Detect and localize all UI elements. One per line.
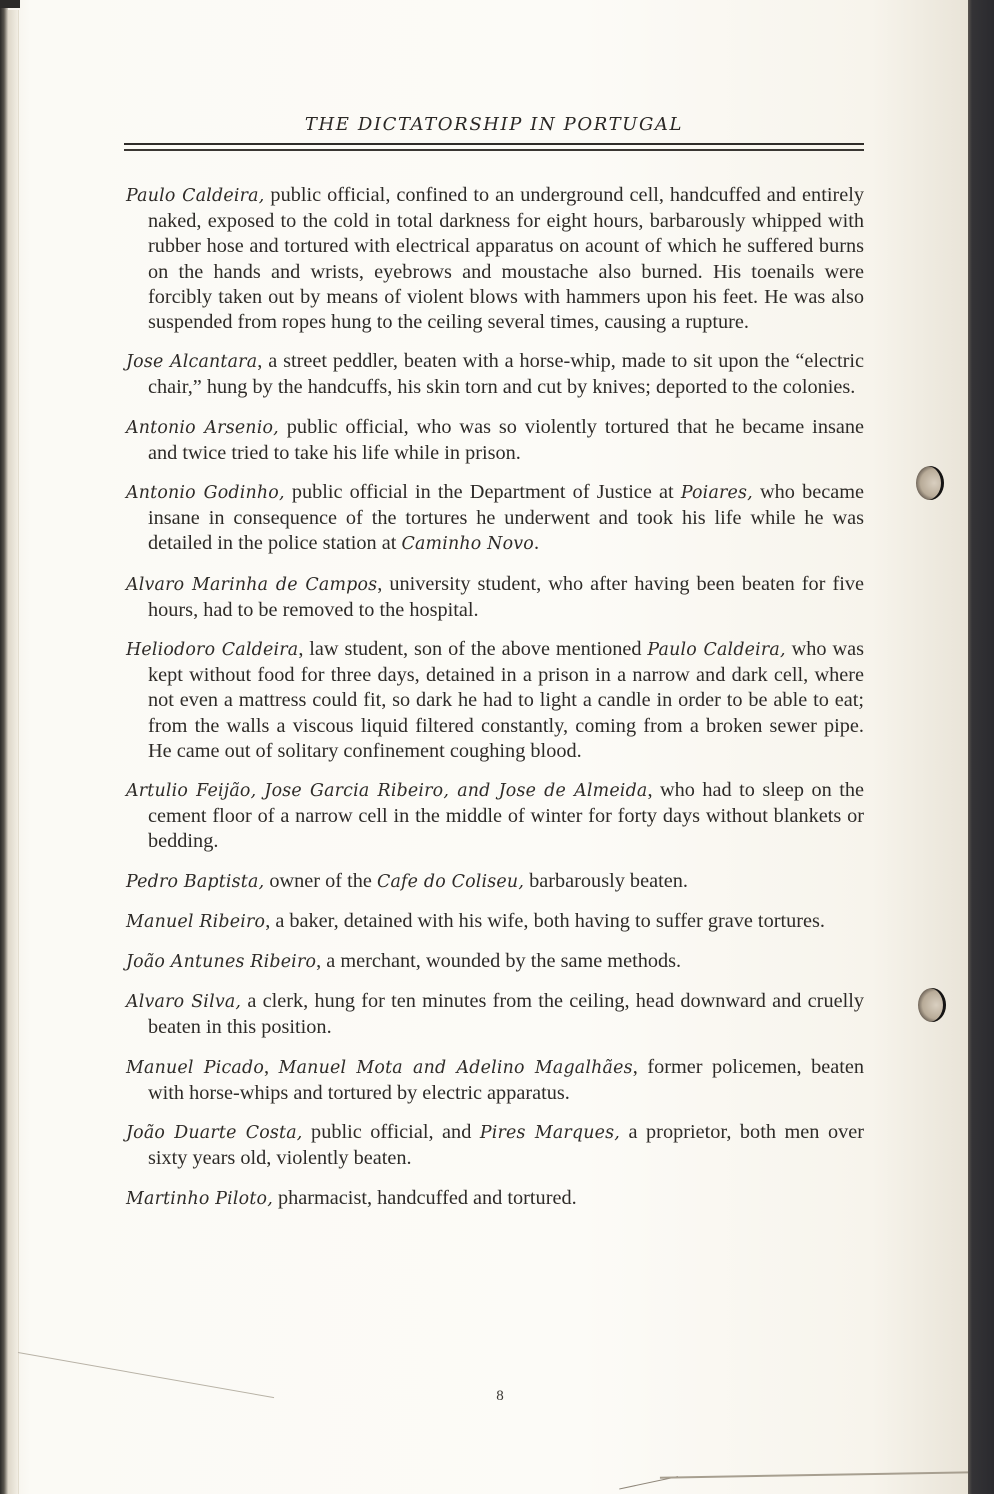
entry-name-italic: Poiares,	[681, 483, 753, 503]
entry-name-italic: Manuel Ribeiro	[126, 912, 265, 932]
entry-name-italic: Manuel Mota and Adelino Magalhães	[279, 1058, 633, 1078]
entry-text: public official, confined to an undergro…	[148, 184, 864, 333]
entry-name-italic: Alvaro Marinha de Campos	[126, 575, 377, 595]
entry-text: , law student, son of the above mentione…	[298, 638, 647, 660]
scan-background	[968, 0, 994, 1494]
entry-name-italic: Jose Alcantara	[126, 352, 257, 372]
entry-name-italic: Cafe do Coliseu,	[377, 872, 524, 892]
entry-text: a clerk, hung for ten minutes from the c…	[148, 990, 864, 1038]
paper-curl	[660, 1471, 968, 1488]
punch-hole	[916, 466, 944, 500]
entry-paragraph: Manuel Ribeiro, a baker, detained with h…	[126, 909, 864, 935]
entry-text: public official in the Department of Jus…	[285, 481, 681, 503]
entry-paragraph: Antonio Arsenio, public official, who wa…	[126, 415, 864, 466]
punch-hole	[918, 988, 946, 1022]
entry-name-italic: Pedro Baptista,	[126, 872, 264, 892]
scan-corner	[0, 0, 20, 8]
entry-paragraph: Jose Alcantara, a street peddler, beaten…	[126, 349, 864, 400]
entry-text: , a baker, detained with his wife, both …	[265, 910, 825, 932]
entry-name-italic: Caminho Novo	[401, 534, 534, 554]
entry-name-italic: Paulo Caldeira,	[647, 640, 785, 660]
header-rule-top	[124, 143, 864, 145]
entry-text: pharmacist, handcuffed and tortured.	[273, 1187, 577, 1209]
entry-name-italic: Artulio Feijão, Jose Garcia Ribeiro, and…	[126, 781, 647, 801]
entry-text: public official, and	[303, 1121, 480, 1143]
entry-paragraph: Alvaro Marinha de Campos, university stu…	[126, 572, 864, 623]
entry-name-italic: Manuel Picado	[126, 1058, 264, 1078]
entry-name-italic: Heliodoro Caldeira	[126, 640, 298, 660]
entry-paragraph: Alvaro Silva, a clerk, hung for ten minu…	[126, 989, 864, 1040]
entry-text: ,	[264, 1056, 279, 1078]
entry-name-italic: João Duarte Costa,	[126, 1123, 303, 1143]
entry-paragraph: Martinho Piloto, pharmacist, handcuffed …	[126, 1186, 864, 1212]
page-binding-edge	[0, 0, 8, 1494]
entry-name-italic: Alvaro Silva,	[126, 992, 241, 1012]
entry-text: barbarously beaten.	[524, 870, 688, 892]
entries-list: Paulo Caldeira, public official, confine…	[126, 183, 864, 1226]
paper-crease	[18, 1352, 274, 1398]
entry-paragraph: Paulo Caldeira, public official, confine…	[126, 183, 864, 335]
page-number: 8	[470, 1388, 530, 1405]
entry-paragraph: João Duarte Costa, public official, and …	[126, 1120, 864, 1171]
entry-paragraph: Manuel Picado, Manuel Mota and Adelino M…	[126, 1055, 864, 1106]
entry-name-italic: João Antunes Ribeiro	[126, 952, 316, 972]
entry-paragraph: Antonio Godinho, public official in the …	[126, 480, 864, 558]
book-page: THE DICTATORSHIP IN PORTUGAL Paulo Calde…	[0, 0, 968, 1494]
entry-text: owner of the	[264, 870, 377, 892]
entry-name-italic: Pires Marques,	[480, 1123, 620, 1143]
entry-name-italic: Martinho Piloto,	[126, 1189, 273, 1209]
entry-name-italic: Paulo Caldeira,	[126, 186, 264, 206]
header-rule-bottom	[124, 149, 864, 151]
entry-text: .	[534, 532, 539, 554]
entry-paragraph: Pedro Baptista, owner of the Cafe do Col…	[126, 869, 864, 895]
page-stack-edge	[8, 10, 19, 1494]
entry-text: , a merchant, wounded by the same method…	[316, 950, 681, 972]
running-head: THE DICTATORSHIP IN PORTUGAL	[124, 114, 864, 135]
entry-paragraph: João Antunes Ribeiro, a merchant, wounde…	[126, 949, 864, 975]
entry-name-italic: Antonio Arsenio,	[126, 418, 279, 438]
entry-paragraph: Artulio Feijão, Jose Garcia Ribeiro, and…	[126, 778, 864, 855]
entry-paragraph: Heliodoro Caldeira, law student, son of …	[126, 637, 864, 764]
entry-name-italic: Antonio Godinho,	[126, 483, 285, 503]
